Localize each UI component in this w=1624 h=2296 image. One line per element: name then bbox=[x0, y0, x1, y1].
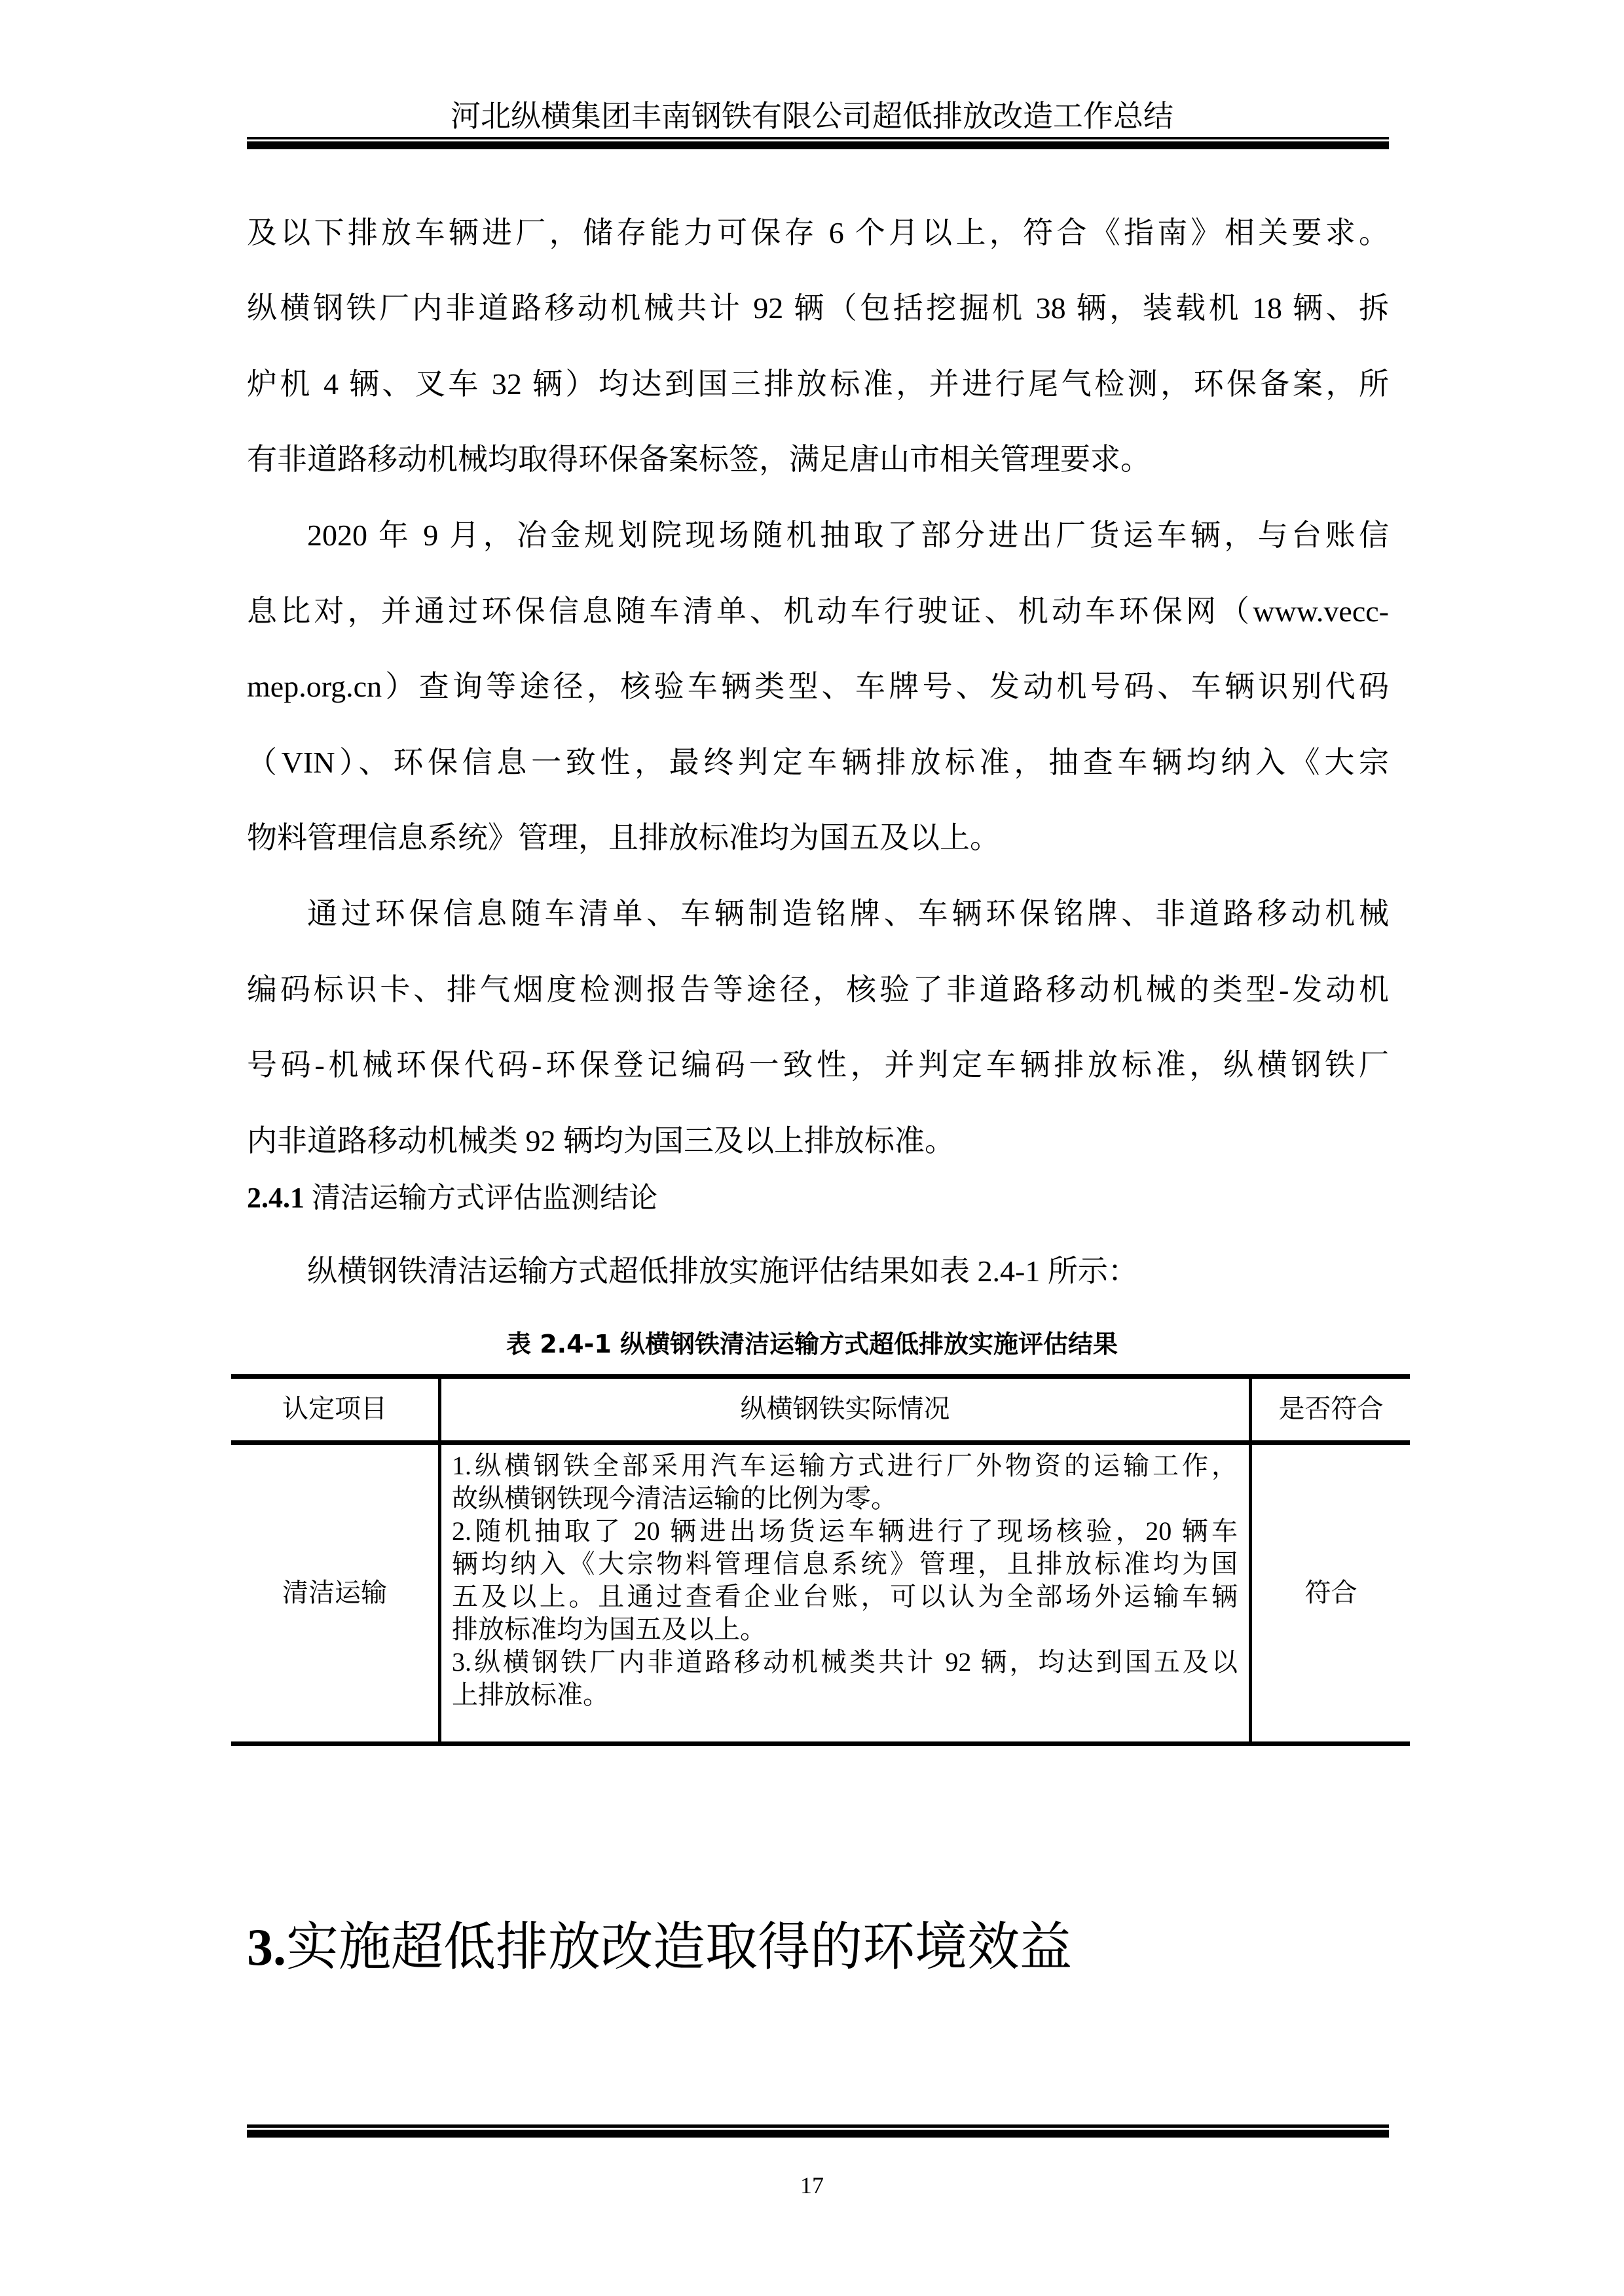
footer-rule-thin bbox=[247, 2124, 1389, 2128]
paragraph-line: 有非道路移动机械均取得环保备案标签，满足唐山市相关管理要求。 bbox=[247, 440, 1389, 479]
table-header-situation: 纵横钢铁实际情况 bbox=[441, 1393, 1249, 1425]
header-rule-thick bbox=[247, 141, 1389, 149]
paragraph-line: mep.org.cn）查询等途径，核验车辆类型、车牌号、发动机号码、车辆识别代码 bbox=[247, 667, 1389, 706]
document-header-title: 河北纵横集团丰南钢铁有限公司超低排放改造工作总结 bbox=[0, 97, 1624, 136]
table-cell-line: 故纵横钢铁现今清洁运输的比例为零。 bbox=[452, 1482, 1238, 1515]
table-cell-line: 上排放标准。 bbox=[452, 1679, 1238, 1711]
table-column-divider bbox=[1249, 1377, 1252, 1743]
subsection-heading: 2.4.1 清洁运输方式评估监测结论 bbox=[247, 1178, 657, 1218]
table-cell-line: 2.随机抽取了 20 辆进出场货运车辆进行了现场核验，20 辆车 bbox=[452, 1515, 1238, 1548]
paragraph-line: 编码标识卡、排气烟度检测报告等途径，核验了非道路移动机械的类型-发动机 bbox=[247, 970, 1389, 1010]
table-intro-sentence: 纵横钢铁清洁运输方式超低排放实施评估结果如表 2.4-1 所示： bbox=[247, 1252, 1389, 1291]
table-header-rule bbox=[231, 1440, 1410, 1445]
chapter-number: 3. bbox=[247, 1919, 286, 1977]
table-cell-compliance: 符合 bbox=[1252, 1576, 1410, 1609]
paragraph-line: 2020 年 9 月，冶金规划院现场随机抽取了部分进出厂货运车辆，与台账信 bbox=[247, 516, 1389, 555]
table-cell-line: 1.纵横钢铁全部采用汽车运输方式进行厂外物资的运输工作， bbox=[452, 1449, 1238, 1482]
paragraph-line: 纵横钢铁厂内非道路移动机械共计 92 辆（包括挖掘机 38 辆，装载机 18 辆… bbox=[247, 289, 1389, 328]
header-rule-thin bbox=[247, 137, 1389, 139]
table-cell-line: 辆均纳入《大宗物料管理信息系统》管理，且排放标准均为国 bbox=[452, 1548, 1238, 1580]
paragraph-line: （VIN）、环保信息一致性，最终判定车辆排放标准，抽查车辆均纳入《大宗 bbox=[247, 743, 1389, 782]
paragraph-line: 息比对，并通过环保信息随车清单、机动车行驶证、机动车环保网（www.vecc- bbox=[247, 592, 1389, 631]
footer-rule-thick bbox=[247, 2130, 1389, 2138]
subsection-title: 清洁运输方式评估监测结论 bbox=[312, 1181, 657, 1214]
subsection-number: 2.4.1 bbox=[247, 1182, 304, 1214]
paragraph-line: 及以下排放车辆进厂，储存能力可保存 6 个月以上，符合《指南》相关要求。 bbox=[247, 213, 1389, 253]
paragraph-line: 号码-机械环保代码-环保登记编码一致性，并判定车辆排放标准，纵横钢铁厂 bbox=[247, 1046, 1389, 1085]
paragraph-line: 内非道路移动机械类 92 辆均为国三及以上排放标准。 bbox=[247, 1121, 1389, 1161]
table-caption: 表 2.4-1 纵横钢铁清洁运输方式超低排放实施评估结果 bbox=[0, 1328, 1624, 1360]
paragraph-line: 通过环保信息随车清单、车辆制造铭牌、车辆环保铭牌、非道路移动机械 bbox=[247, 894, 1389, 934]
table-cell-line: 3.纵横钢铁厂内非道路移动机械类共计 92 辆，均达到国五及以 bbox=[452, 1646, 1238, 1679]
page-number: 17 bbox=[0, 2171, 1624, 2200]
chapter-heading: 3.实施超低排放改造取得的环境效益 bbox=[247, 1914, 1072, 1980]
table-cell-item: 清洁运输 bbox=[231, 1576, 438, 1609]
table-header-compliance: 是否符合 bbox=[1252, 1393, 1410, 1425]
table-header-item: 认定项目 bbox=[231, 1393, 438, 1425]
table-cell-line: 排放标准均为国五及以上。 bbox=[452, 1613, 1238, 1646]
table-cell-line: 五及以上。且通过查看企业台账，可以认为全部场外运输车辆 bbox=[452, 1580, 1238, 1613]
paragraph-line: 物料管理信息系统》管理，且排放标准均为国五及以上。 bbox=[247, 818, 1389, 858]
table-bottom-rule bbox=[231, 1741, 1410, 1746]
table-top-rule bbox=[231, 1374, 1410, 1379]
chapter-title: 实施超低排放改造取得的环境效益 bbox=[286, 1916, 1072, 1977]
table-cell-situation: 1.纵横钢铁全部采用汽车运输方式进行厂外物资的运输工作， 故纵横钢铁现今清洁运输… bbox=[452, 1449, 1238, 1711]
paragraph-line: 炉机 4 辆、叉车 32 辆）均达到国三排放标准，并进行尾气检测，环保备案，所 bbox=[247, 365, 1389, 404]
table-column-divider bbox=[438, 1377, 441, 1743]
